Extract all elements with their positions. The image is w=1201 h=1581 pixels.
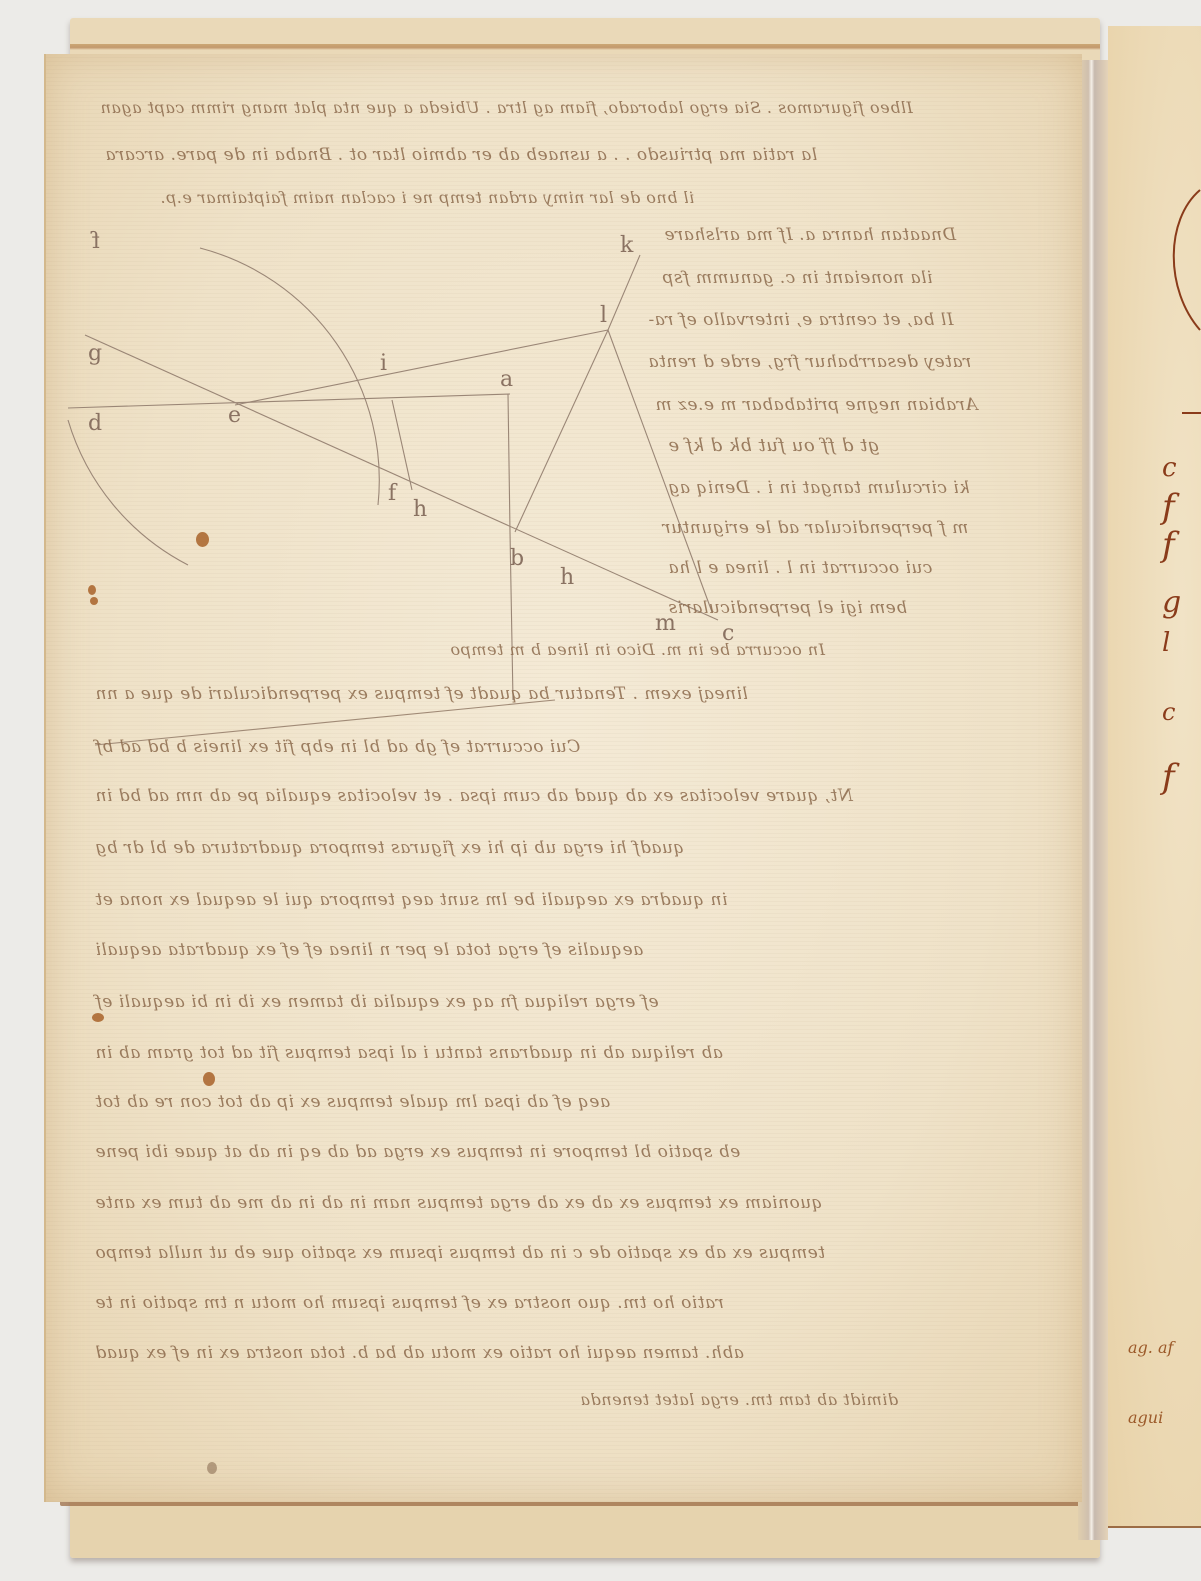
handwriting-line: quoniam ex tempus ex ab ex ab erga tempu… (95, 1193, 823, 1213)
handwriting-line: aeq ef ab ipsa lm quale tempus ex ip ab … (95, 1092, 610, 1112)
handwriting-line: in quadra ex aequali be lm sunt aeq temp… (95, 890, 727, 910)
handwriting-line: ab reliqua ab in quadrans tantu i al ips… (95, 1043, 723, 1063)
handwriting-line: Nt, quare velocitas ex ab quad ab cum ip… (95, 786, 853, 806)
diagram-label: f (388, 481, 398, 506)
diagram-label: a (500, 367, 513, 392)
handwriting-line: Cui occurrat ef gb ad bl in ebp fit ex l… (95, 737, 580, 757)
diagram-label: i (380, 351, 387, 376)
handwriting-line: Il ba, et centra e, intervallo ef ra- (648, 310, 954, 330)
handwriting-line: Dnaatan hanra a. If ma arlshare (664, 225, 956, 245)
handwriting-line: tempus ex ab ex spatio de c in ab tempus… (95, 1243, 825, 1263)
handwriting-line: In occurra be in m. Dico in linea b m te… (450, 640, 825, 659)
handwriting-line: quadf hi erga ub ip hi ex figuras tempor… (95, 838, 684, 858)
handwriting-line: ila noneiant in c. ganumm fsp (662, 268, 932, 288)
handwriting-line: cui occurrat in l . linea e l ha (668, 558, 932, 578)
diagram-label: k (620, 233, 634, 258)
handwriting-line: Arabian negne pritababar m e.ez m (655, 395, 978, 415)
handwriting-line: ratey desarrbahur frg, erde d renta (648, 352, 971, 372)
handwriting-line: gt d ff ou fut bk d kf e (668, 435, 879, 456)
handwriting-line: m f perpendicular ad le eriguntur (662, 518, 968, 538)
diagram-label: g (88, 341, 102, 366)
handwriting-line: Ilbeo figuramos . Sia ergo laborado, fia… (100, 98, 913, 117)
handwriting-line: lineaj exem . Tenatur ba quadt ef tempus… (95, 684, 748, 704)
handwriting-line: bem igi el perpendicularis (668, 598, 907, 618)
diagram-label: h (560, 565, 574, 590)
handwriting-line: ef erga reliqua fn aq ex equalia ib tame… (95, 992, 659, 1012)
diagram-label: b (510, 546, 524, 571)
handwriting-line: la ratia ma ptriusdo . . a usnaeb ab er … (105, 145, 817, 165)
diagram-label: f (90, 229, 100, 254)
handwriting-line: ki circulum tangat in i . Deniq ag (668, 478, 970, 498)
handwriting-line: dimidt ab tam tm. erga latet tenenda (580, 1390, 898, 1409)
diagram-label: d (88, 411, 102, 436)
handwriting-line: il bno de lar nimy ardan temp ne i cacla… (160, 188, 694, 207)
handwriting-line: aequalis ef erga tota le per n linea ef … (95, 940, 643, 960)
diagram-label: l (600, 303, 607, 328)
diagram-label: h (413, 497, 427, 522)
handwriting-line: abh. tamen aequi ho ratio ex motu ab ba … (95, 1343, 744, 1363)
handwriting-line: ratio ho tm. quo nostra ex ef tempus ips… (95, 1293, 724, 1313)
diagram-label: e (228, 403, 241, 428)
handwriting-line: eb spatio bl tempore in tempus ex erga a… (95, 1142, 740, 1162)
